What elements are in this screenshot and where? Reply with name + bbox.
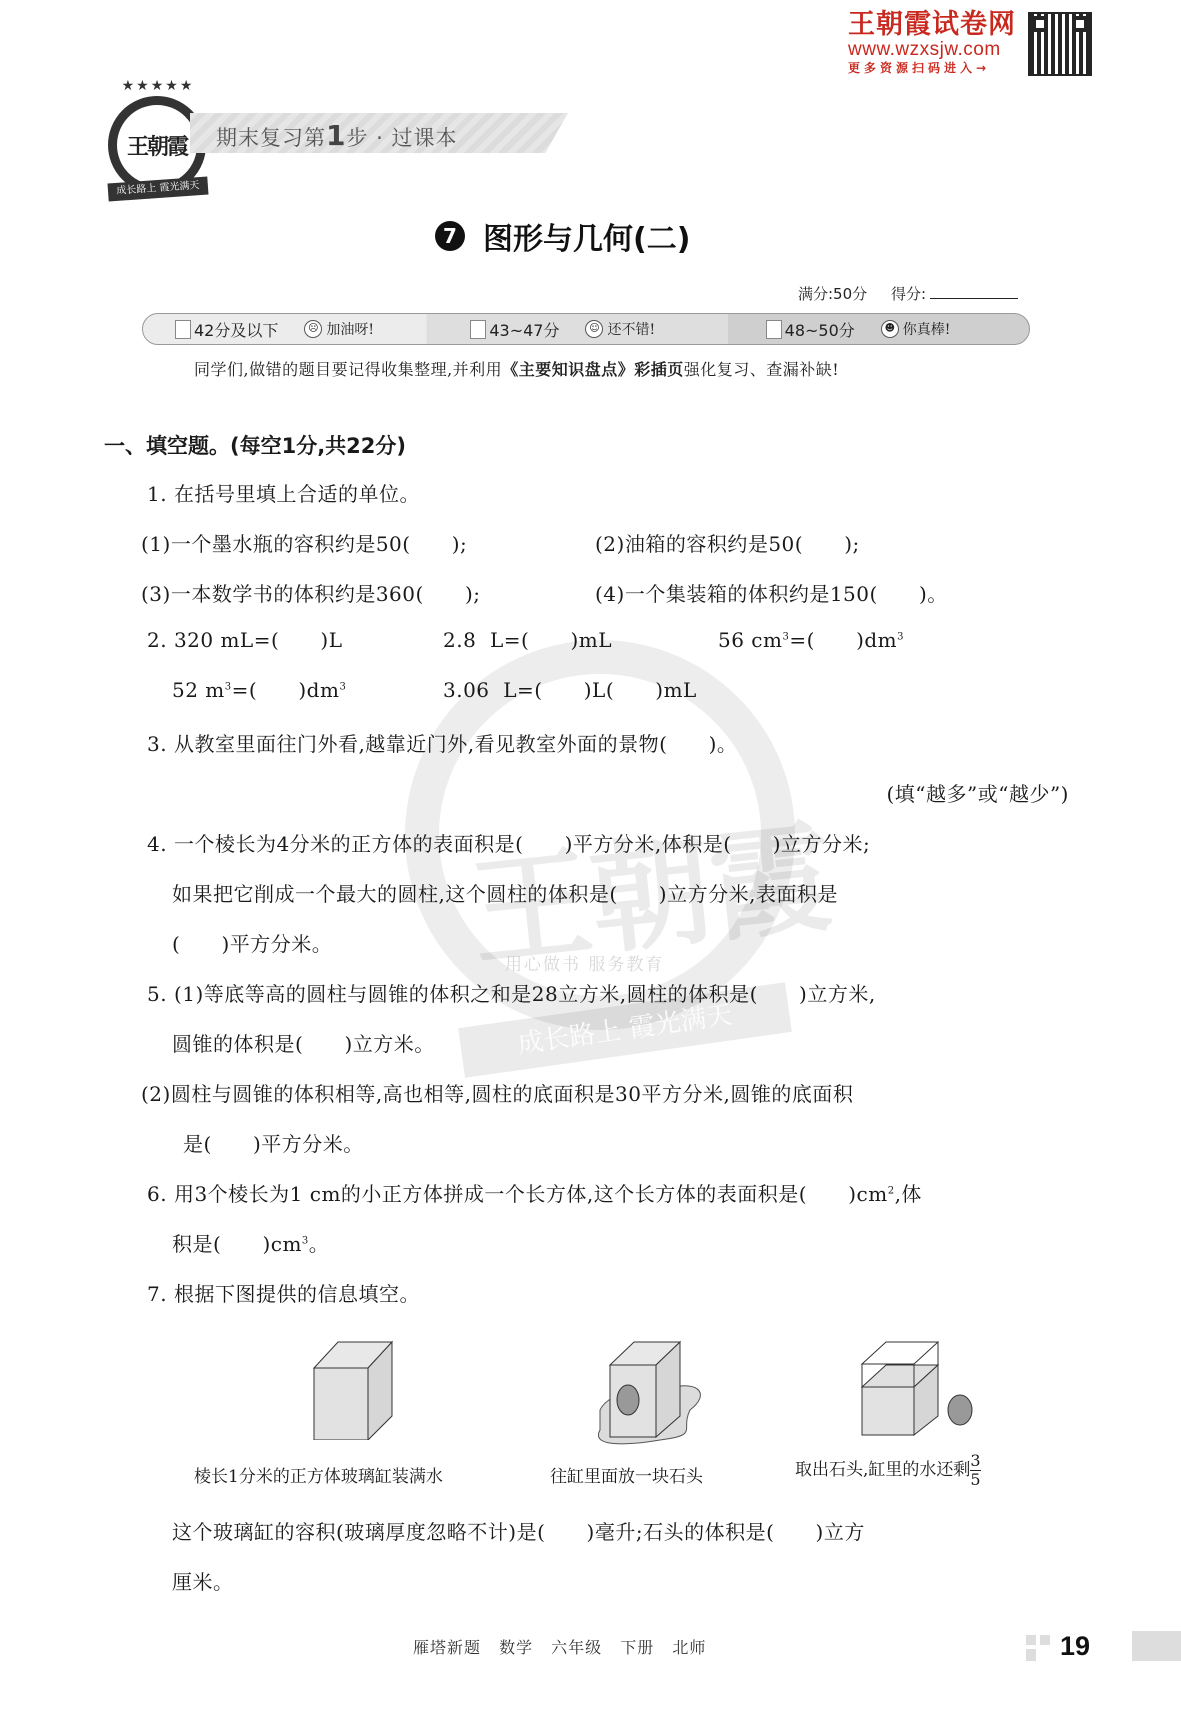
rating-range: 48~50分 <box>785 318 855 341</box>
section-title: 一、填空题。(每空1分,共22分) <box>104 430 406 460</box>
notice-before: 同学们,做错的题目要记得收集整理,并利用 <box>194 360 502 379</box>
full-score-label: 满分:50分 <box>798 285 867 303</box>
q7-title: 7. 根据下图提供的信息填空。 <box>147 1278 420 1307</box>
face-icon: ☻ <box>881 320 899 338</box>
stone-icon <box>617 1385 639 1415</box>
q1-title: 1. 在括号里填上合适的单位。 <box>147 478 420 507</box>
page-title: 7 图形与几何(二) <box>435 214 690 258</box>
q6-line1: 6. 用3个棱长为1 cm的小正方体拼成一个长方体,这个长方体的表面积是( )c… <box>147 1178 922 1207</box>
q7-line2: 厘米。 <box>172 1566 234 1595</box>
q5-line3: (2)圆柱与圆锥的体积相等,高也相等,圆柱的底面积是30平方分米,圆锥的底面积 <box>141 1078 853 1107</box>
logo-name: 王朝霞 <box>127 130 187 161</box>
banner-suffix: 步 · 过课本 <box>346 126 457 150</box>
q2-a: 2. 320 mL=( )L <box>147 628 343 652</box>
stone-icon <box>948 1395 972 1425</box>
q1-part2: (2)油箱的容积约是50( ); <box>595 528 860 557</box>
notice-bold: 《主要知识盘点》彩插页 <box>502 360 684 379</box>
rating-range: 42分及以下 <box>194 318 278 341</box>
q3: 3. 从教室里面往门外看,越靠近门外,看见教室外面的景物( )。 <box>147 728 737 757</box>
rating-range: 43~47分 <box>489 318 559 341</box>
checkbox[interactable] <box>766 320 782 339</box>
page-number: 19 <box>1060 1631 1132 1661</box>
rating-item-low: 42分及以下 ☹ 加油呀! <box>143 318 438 341</box>
checkbox[interactable] <box>470 320 486 339</box>
q2-c: 56 cm3=( )dm3 <box>718 628 904 652</box>
rating-message: 还不错! <box>607 319 655 339</box>
chapter-number-badge: 7 <box>435 221 465 251</box>
q1-part1: (1)一个墨水瓶的容积约是50( ); <box>141 528 467 557</box>
face-icon: ☺ <box>585 320 603 338</box>
step-banner: 期末复习第1步 · 过课本 <box>190 113 568 153</box>
q1-part4: (4)一个集装箱的体积约是150( )。 <box>595 578 948 607</box>
rating-message: 你真棒! <box>903 319 951 339</box>
notice-text: 同学们,做错的题目要记得收集整理,并利用《主要知识盘点》彩插页强化复习、查漏补缺… <box>194 357 839 380</box>
notice-after: 强化复习、查漏补缺! <box>684 360 839 379</box>
checkbox[interactable] <box>175 320 191 339</box>
tank-stone-removed-figure <box>852 1340 982 1440</box>
q3-hint: (填“越多”或“越少”) <box>886 778 1069 807</box>
score-input-line[interactable] <box>930 298 1018 299</box>
watermark-motto: 用心做书 服务教育 <box>505 950 664 975</box>
page-number-block: 19 <box>1024 1631 1181 1661</box>
banner-step: 1 <box>326 119 346 152</box>
banner-prefix: 期末复习第 <box>216 126 326 150</box>
footer-text: 雁塔新题 数学 六年级 下册 北师 <box>413 1635 706 1658</box>
tank-with-stone-figure <box>580 1340 720 1450</box>
face-icon: ☹ <box>304 320 322 338</box>
figure-caption-1: 棱长1分米的正方体玻璃缸装满水 <box>194 1462 443 1487</box>
fraction-three-fifths: 35 <box>970 1452 980 1489</box>
stars-icon: ★★★★★ <box>112 78 204 94</box>
qr-code-icon[interactable] <box>1028 12 1092 76</box>
q2-e: 3.06 L=( )L( )mL <box>443 678 697 702</box>
score-area: 满分:50分 得分: <box>798 283 1018 304</box>
q4-line2: 如果把它削成一个最大的圆柱,这个圆柱的体积是( )立方分米,表面积是 <box>172 878 838 907</box>
q1-part3: (3)一本数学书的体积约是360( ); <box>141 578 481 607</box>
q5-line2: 圆锥的体积是( )立方米。 <box>172 1028 435 1057</box>
rating-item-high: 48~50分 ☻ 你真棒! <box>734 318 1029 341</box>
q2-b: 2.8 L=( )mL <box>443 628 612 652</box>
q4-line1: 4. 一个棱长为4分米的正方体的表面积是( )平方分米,体积是( )立方分米; <box>147 828 870 857</box>
q6-line2: 积是( )cm3。 <box>172 1228 329 1257</box>
rating-bar: 42分及以下 ☹ 加油呀! 43~47分 ☺ 还不错! 48~50分 ☻ 你真棒… <box>142 313 1030 345</box>
chapter-title: 图形与几何(二) <box>483 214 690 258</box>
full-tank-figure <box>300 1340 410 1440</box>
score-label: 得分: <box>891 285 926 303</box>
rating-item-mid: 43~47分 ☺ 还不错! <box>438 318 733 341</box>
rating-message: 加油呀! <box>326 319 374 339</box>
figure-caption-2: 往缸里面放一块石头 <box>550 1462 703 1487</box>
q5-line1: 5. (1)等底等高的圆柱与圆锥的体积之和是28立方米,圆柱的体积是( )立方米… <box>147 978 876 1007</box>
q2-d: 52 m3=( )dm3 <box>172 678 346 702</box>
q5-line4: 是( )平方分米。 <box>183 1128 364 1157</box>
q7-line1: 这个玻璃缸的容积(玻璃厚度忽略不计)是( )毫升;石头的体积是( )立方 <box>172 1516 865 1545</box>
figure-caption-3: 取出石头,缸里的水还剩35 <box>795 1452 981 1489</box>
q4-line3: ( )平方分米。 <box>172 928 332 957</box>
banner-text: 期末复习第1步 · 过课本 <box>216 119 458 152</box>
